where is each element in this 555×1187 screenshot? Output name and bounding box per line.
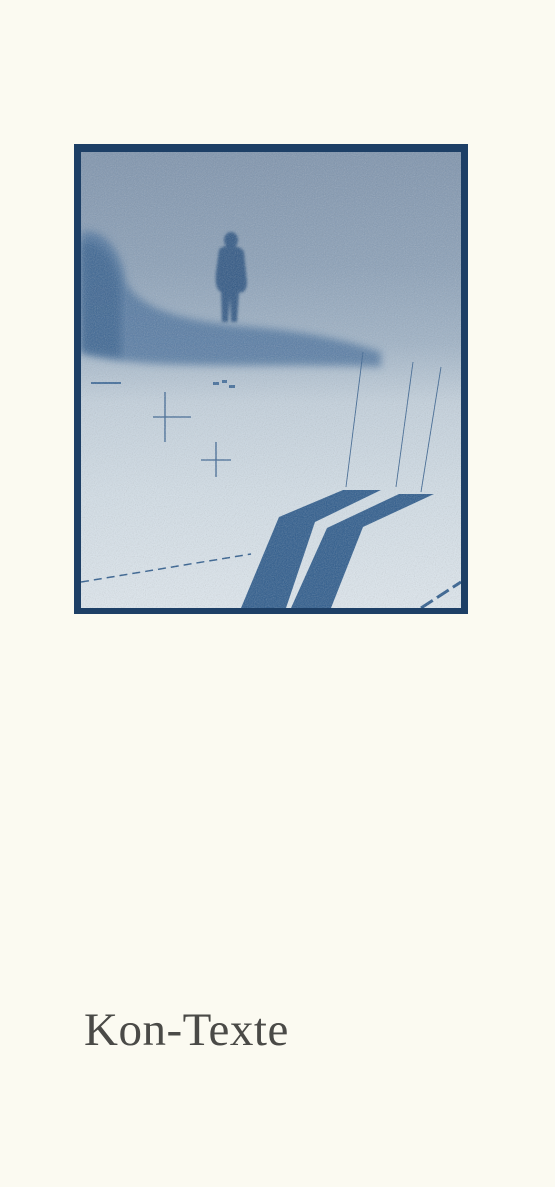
cover-title: Kon-Texte <box>84 1003 289 1057</box>
photo-frame <box>74 144 468 614</box>
cover-photo <box>81 152 461 608</box>
